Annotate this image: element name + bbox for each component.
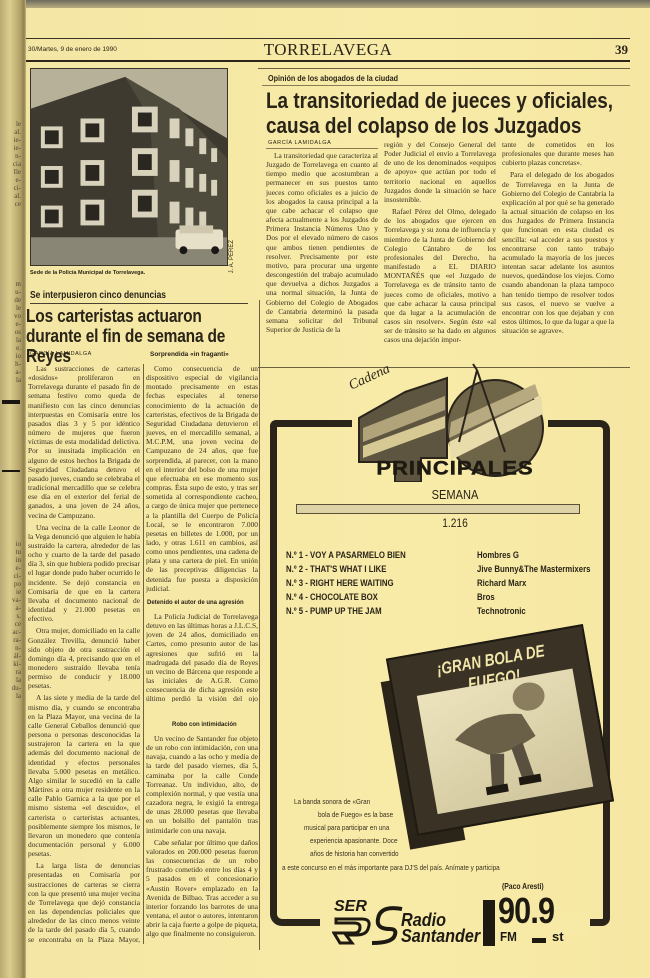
- semana-bar: [296, 504, 580, 514]
- top-five-chart: N.º 1 - VOY A PASARMELO BIEN Hombres G N…: [286, 550, 616, 620]
- album-photo: [417, 668, 593, 814]
- paragraph: Las sustracciones de carteras «dosidos» …: [28, 364, 140, 520]
- column-divider: [143, 364, 144, 944]
- paragraph: tante de cometidos en los profesionales …: [502, 140, 614, 167]
- facing-page-text: leal.ie-ie-n-ciaIlee-ci-al.ce: [1, 120, 21, 208]
- ad-copy-line: experiencia apasionante. Doce: [310, 834, 398, 847]
- column-divider: [259, 300, 260, 950]
- page-top-edge: [0, 0, 650, 8]
- masthead-rule-top: [26, 38, 630, 39]
- frequency-bar: [483, 900, 495, 946]
- right-article-column-1: La transitoriedad que caracteriza al Juz…: [266, 151, 378, 365]
- binding-gutter: leal.ie-ie-n-ciaIlee-ci-al.ce mu-delevoe…: [0, 0, 26, 978]
- facing-page-rule: [2, 470, 20, 472]
- paragraph: La larga lista de denuncias presentadas …: [28, 861, 140, 944]
- paragraph: Cabe señalar por último que daños valora…: [146, 838, 258, 939]
- right-article-rule-top: [258, 68, 630, 69]
- subhead-agresion: Detenido el autor de una agresión: [147, 600, 244, 606]
- chart-row: N.º 1 - VOY A PASARMELO BIEN Hombres G: [286, 550, 616, 564]
- paragraph: Un vecino de Santander fue objeto de un …: [146, 734, 258, 835]
- chart-artist: Technotronic: [477, 606, 526, 617]
- left-article-byline: GARCÍA LAMIDALGA: [30, 351, 92, 357]
- band-separator: [532, 938, 546, 943]
- radio-name-line-2: Santander: [401, 928, 480, 944]
- chart-artist: Bros: [477, 592, 495, 603]
- facing-page-rule: [2, 400, 20, 404]
- left-article-column-2c: Un vecino de Santander fue objeto de un …: [146, 734, 258, 946]
- facing-page-text: iotuine-ci-poieva-a-s.ceac-ra-n-ál-ki-ra…: [1, 540, 21, 700]
- chart-song: N.º 1 - VOY A PASARMELO BIEN: [286, 550, 406, 561]
- ad-copy-line: a este concurso en el más importante par…: [282, 861, 500, 874]
- chart-row: N.º 4 - CHOCOLATE BOX Bros: [286, 592, 616, 606]
- masthead-rule-bottom: [26, 60, 630, 62]
- stereo-label: st: [552, 929, 564, 944]
- chart-song: N.º 2 - THAT'S WHAT I LIKE: [286, 564, 386, 575]
- photo-credit: J. A. PÉREZ: [229, 240, 235, 273]
- paragraph: Para el delegado de los abogados de Torr…: [502, 170, 614, 335]
- radio-name: Radio Santander: [401, 912, 480, 944]
- masthead: 30/Martes, 9 de enero de 1990 TORRELAVEG…: [26, 40, 630, 60]
- paragraph: La Policía Judicial de Torrelavega detuv…: [146, 612, 258, 702]
- album-cover-frame: ¡GRAN BOLA DE FUEGO!: [386, 624, 614, 836]
- page-number: 39: [615, 42, 628, 58]
- performer-photo-icon: [417, 668, 593, 814]
- headline-line-2: causa del colapso de los Juzgados: [266, 113, 627, 138]
- album-cover: ¡GRAN BOLA DE FUEGO!: [386, 624, 614, 836]
- headline-line-1: La transitoriedad de jueces y oficiales,: [266, 88, 627, 113]
- radio-frequency: 90.9: [498, 894, 554, 928]
- right-article-column-2: región y del Consejo General del Poder J…: [384, 140, 496, 365]
- left-article-column-2: Como consecuencia de un dispositivo espe…: [146, 364, 258, 594]
- semana-label: SEMANA: [370, 487, 540, 502]
- section-title: TORRELAVEGA: [26, 40, 630, 60]
- ad-copy-line: musical para participar en una: [304, 821, 389, 834]
- byline-rule: [266, 148, 378, 149]
- right-article-column-3: tante de cometidos en los profesionales …: [502, 140, 614, 346]
- principales-wordmark: PRINCIPALES: [355, 456, 555, 479]
- semana-number: 1.216: [370, 516, 540, 530]
- chart-song: N.º 4 - CHOCOLATE BOX: [286, 592, 378, 603]
- chart-row: N.º 5 - PUMP UP THE JAM Technotronic: [286, 606, 616, 620]
- subhead-in-fraganti: Sorprendida «in fraganti»: [150, 351, 229, 358]
- left-article-column-1: Las sustracciones de carteras «dosidos» …: [28, 364, 140, 944]
- building-photo: [30, 68, 228, 266]
- svg-text:SER: SER: [334, 898, 367, 915]
- right-article-kicker: Opinión de los abogados de la ciudad: [268, 73, 398, 83]
- chart-row: N.º 3 - RIGHT HERE WAITING Richard Marx: [286, 578, 616, 592]
- right-kicker-rule: [262, 85, 630, 86]
- facing-page-text: mu-delevoe-oslae.ioh-a-la: [1, 280, 21, 384]
- paragraph: Rafael Pérez del Olmo, delegado de los a…: [384, 207, 496, 344]
- newspaper-page: leal.ie-ie-n-ciaIlee-ci-al.ce mu-delevoe…: [0, 0, 650, 978]
- ad-copy-line: años de historia han convertido: [310, 847, 399, 860]
- band-label: FM: [500, 929, 517, 944]
- paragraph: Como consecuencia de un dispositivo espe…: [146, 364, 258, 593]
- paragraph: A las siete y media de la tarde del mism…: [28, 693, 140, 858]
- paragraph: región y del Consejo General del Poder J…: [384, 140, 496, 204]
- chart-song: N.º 3 - RIGHT HERE WAITING: [286, 578, 394, 589]
- left-article-column-2b: La Policía Judicial de Torrelavega detuv…: [146, 612, 258, 702]
- photo-caption: Sede de la Policía Municipal de Torrelav…: [30, 270, 145, 276]
- building-photo-image: [31, 69, 227, 265]
- right-article-headline: La transitoriedad de jueces y oficiales,…: [266, 88, 627, 138]
- subhead-robo: Robo con intimidación: [172, 722, 237, 728]
- chart-row: N.º 2 - THAT'S WHAT I LIKE Jive Bunny&Th…: [286, 564, 616, 578]
- right-article-byline: GARCÍA LAMIDALGA: [268, 140, 331, 146]
- chart-artist: Richard Marx: [477, 578, 526, 589]
- ad-copy-line: La banda sonora de «Gran: [294, 795, 370, 808]
- paragraph: Otra mujer, domiciliado en la calle Gonz…: [28, 626, 140, 690]
- chart-artist: Jive Bunny&The Mastermixers: [477, 564, 590, 575]
- left-kicker-rule: [30, 303, 248, 304]
- left-article-kicker: Se interpusieron cinco denuncias: [30, 290, 166, 301]
- paragraph: La transitoriedad que caracteriza al Juz…: [266, 151, 378, 334]
- ad-copy-line: bola de Fuego» es la base: [318, 808, 393, 821]
- chart-song: N.º 5 - PUMP UP THE JAM: [286, 606, 382, 617]
- paragraph: Una vecina de la calle Leonor de la Vega…: [28, 523, 140, 624]
- chart-artist: Hombres G: [477, 550, 519, 561]
